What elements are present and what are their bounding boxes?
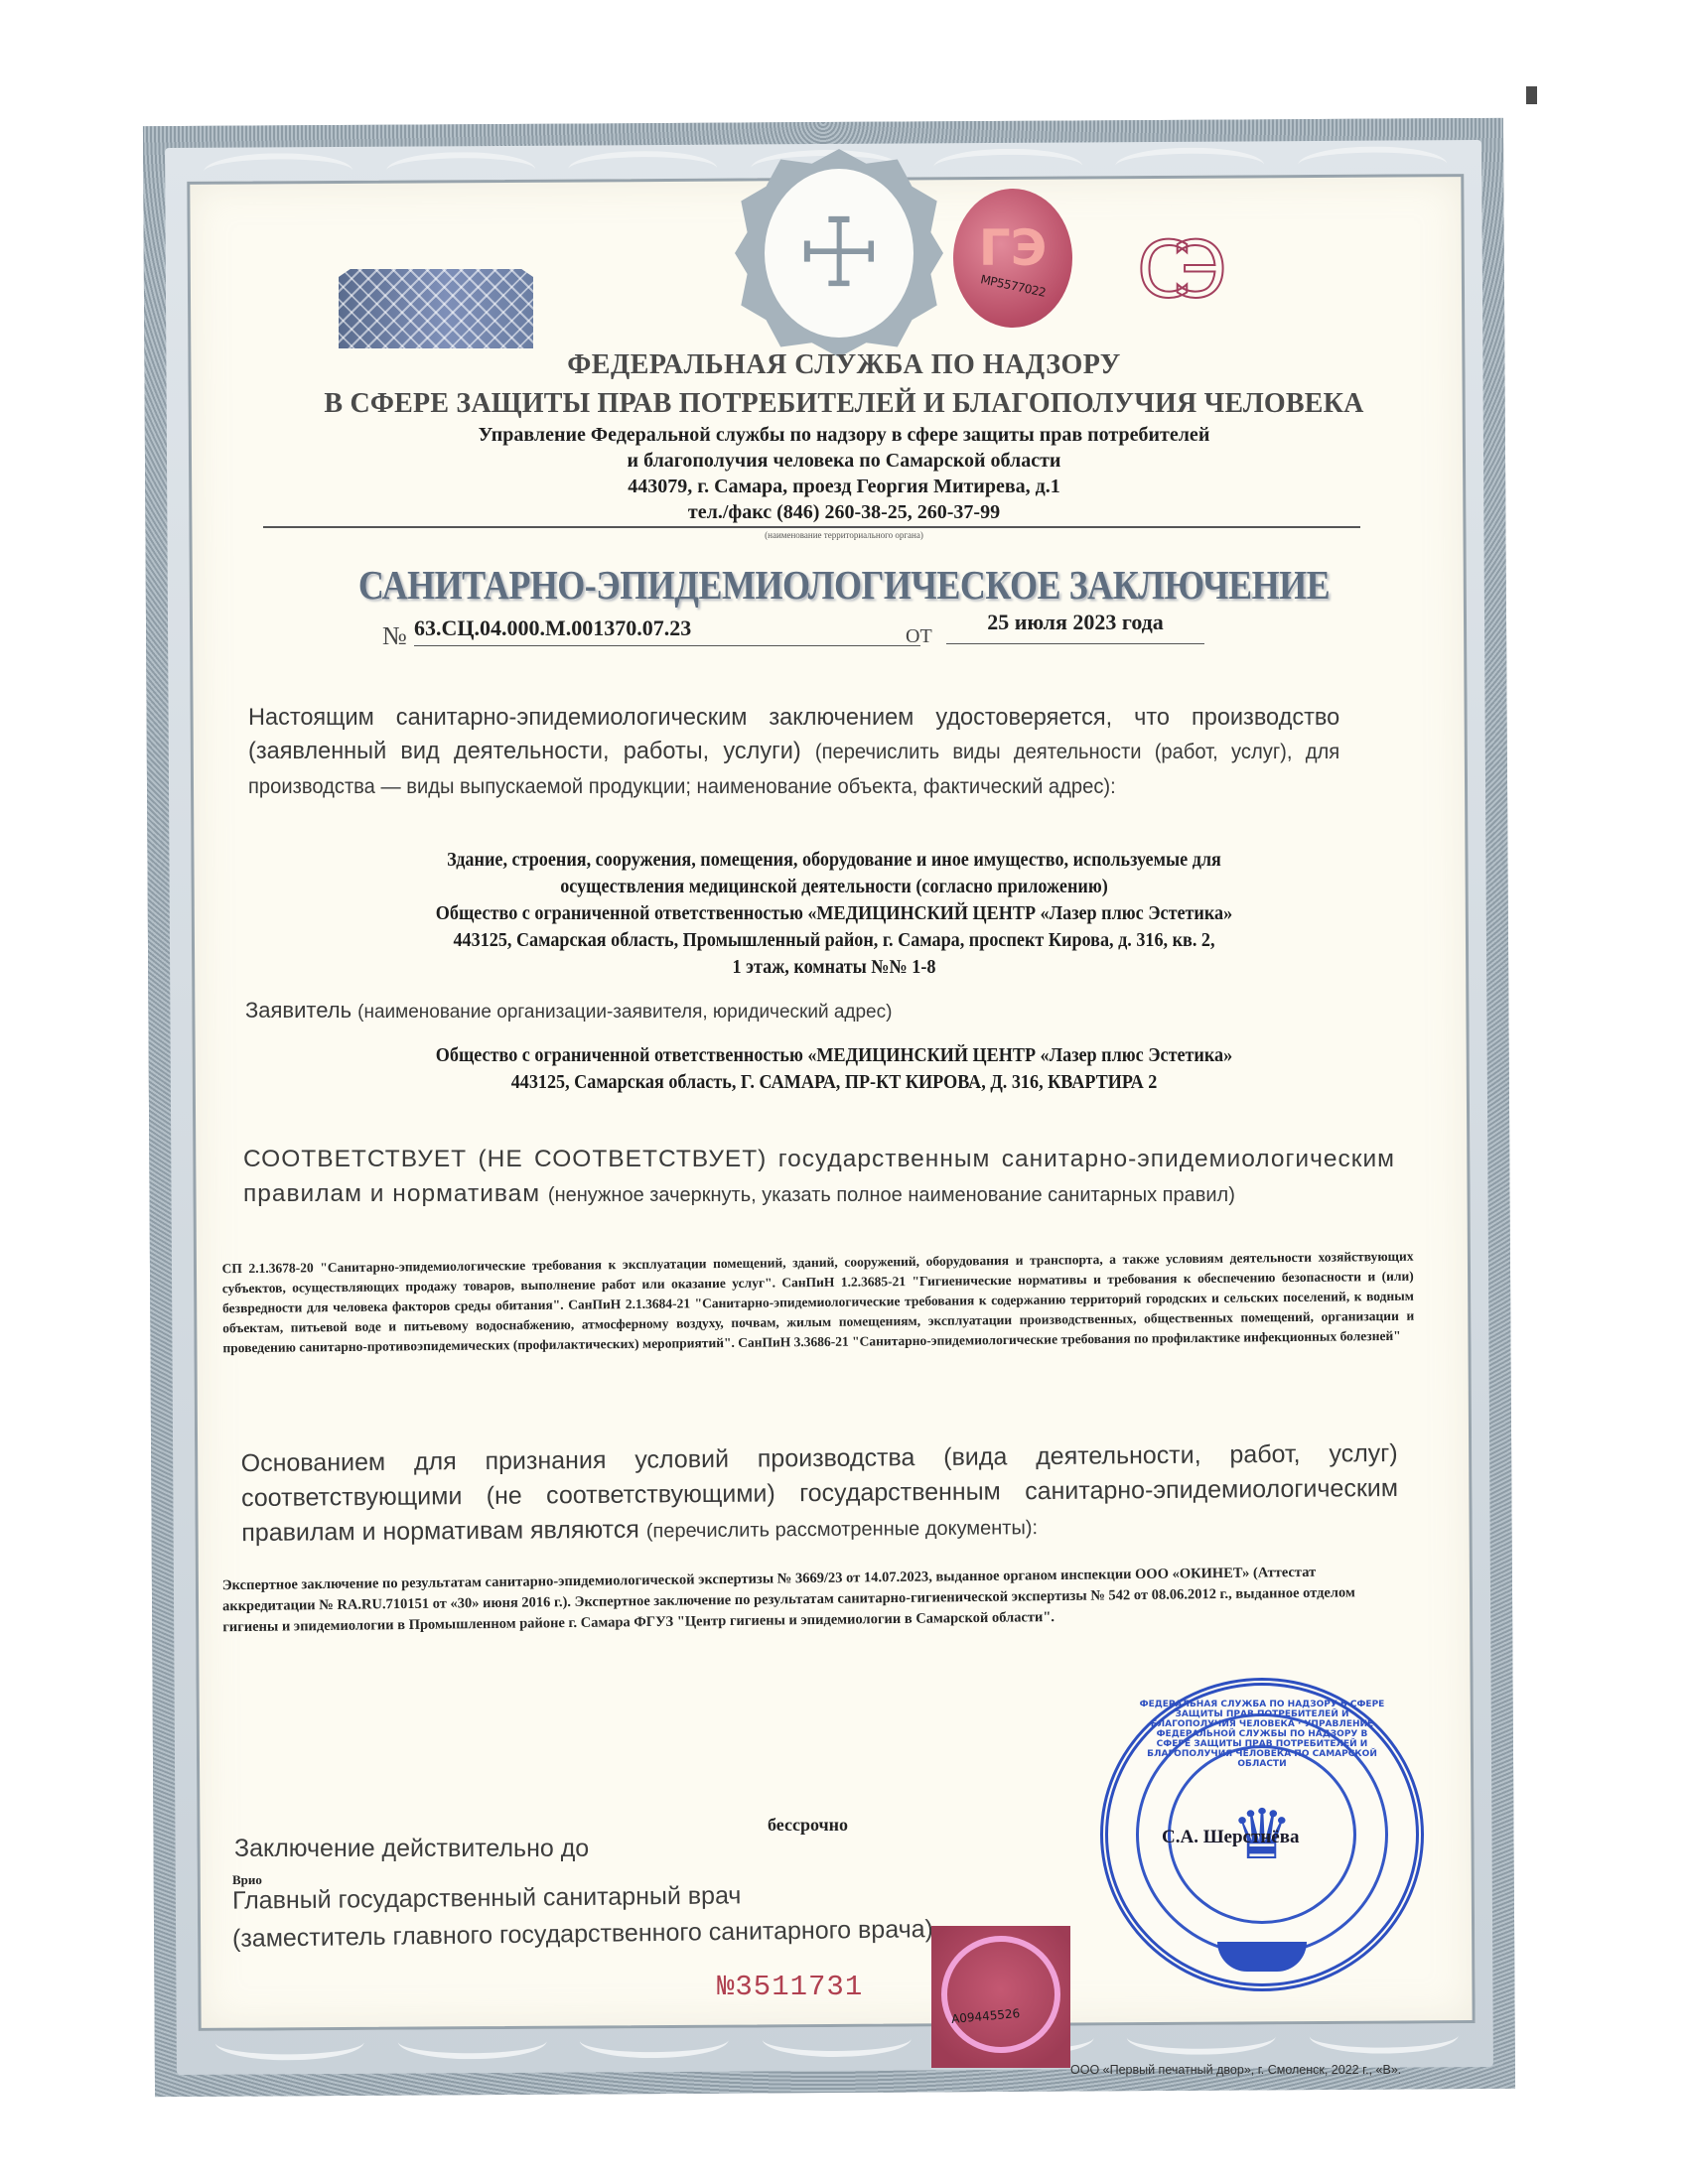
conformity-hint: (ненужное зачеркнуть, указать полное наи… [548,1184,1235,1206]
activity-description: Здание, строения, сооружения, помещения,… [289,847,1378,981]
hologram-mark: ГЭ [979,223,1048,273]
sanitary-rules-list: СП 2.1.3678-20 "Санитарно-эпидемиологиче… [222,1247,1415,1359]
applicant-label: Заявитель (наименование организации-заяв… [245,998,892,1024]
validity-value: бессрочно [768,1815,848,1836]
validity-label: Заключение действительно до [234,1835,589,1863]
date-prefix: ОТ [906,625,932,648]
scan-corner-mark [1526,86,1537,104]
document-title: САНИТАРНО-ЭПИДЕМИОЛОГИЧЕСКОЕ ЗАКЛЮЧЕНИЕ [248,561,1440,609]
blank-serial-number: №3511731 [717,1971,863,2003]
intro-paragraph: Настоящим санитарно-эпидемиологическим з… [248,701,1339,804]
security-hologram-strip [339,269,533,348]
double-headed-eagle-icon: ☩ [765,169,914,338]
activity-line: 443125, Самарская область, Промышленный … [289,927,1378,954]
chief-doctor-label: Главный государственный санитарный врач [232,1881,742,1915]
document-number: 63.СЦ.04.000.М.001370.07.23 [414,615,920,646]
office-address: 443079, г. Самара, проезд Георгия Митире… [248,474,1440,499]
agency-name-line2: В СФЕРЕ ЗАЩИТЫ ПРАВ ПОТРЕБИТЕЛЕЙ И БЛАГО… [248,388,1440,420]
office-line2: и благополучия человека по Самарской обл… [248,448,1440,474]
security-hologram-round: ГЭ МР5577022 [953,189,1072,328]
document-number-row: № 63.СЦ.04.000.М.001370.07.23 ОТ 25 июля… [382,615,1206,655]
applicant-hint: (наименование организации-заявителя, юри… [357,1002,892,1023]
territorial-office: Управление Федеральной службы по надзору… [248,422,1440,525]
basis-hint: (перечислить рассмотренные документы): [646,1517,1038,1542]
conformity-statement: СООТВЕТСТВУЕТ (НЕ СООТВЕТСТВУЕТ) государ… [243,1142,1395,1213]
activity-line: Здание, строения, сооружения, помещения,… [289,847,1378,874]
applicant-line: 443125, Самарская область, Г. САМАРА, ПР… [289,1069,1378,1096]
activity-line: осуществления медицинской деятельности (… [289,874,1378,900]
basis-statement: Основанием для признания условий произво… [241,1436,1399,1553]
office-line1: Управление Федеральной службы по надзору… [248,422,1440,448]
activity-line: Общество с ограниченной ответственностью… [289,900,1378,927]
seal-text: ФЕДЕРАЛЬНАЯ СЛУЖБА ПО НАДЗОРУ В СФЕРЕ ЗА… [1108,1700,1416,1769]
activity-line: 1 этаж, комнаты №№ 1-8 [289,954,1378,981]
printer-imprint: ООО «Первый печатный двор», г. Смоленск,… [1070,2063,1401,2077]
document-date: 25 июля 2023 года [946,610,1204,644]
se-logo-icon: СЭ [1137,231,1256,311]
office-phone: тел./факс (846) 260-38-25, 260-37-99 [248,499,1440,525]
number-sign: № [382,621,407,651]
header-divider [263,526,1360,528]
security-hologram-bottom: А09445526 [931,1926,1070,2068]
applicant-line: Общество с ограниченной ответственностью… [289,1042,1378,1069]
divider-caption: (наименование территориального органа) [248,530,1440,540]
agency-name-line1: ФЕДЕРАЛЬНАЯ СЛУЖБА ПО НАДЗОРУ [248,349,1440,381]
signatory-name: С.А. Шерстнёва [1162,1827,1299,1848]
applicant-details: Общество с ограниченной ответственностью… [289,1042,1378,1096]
